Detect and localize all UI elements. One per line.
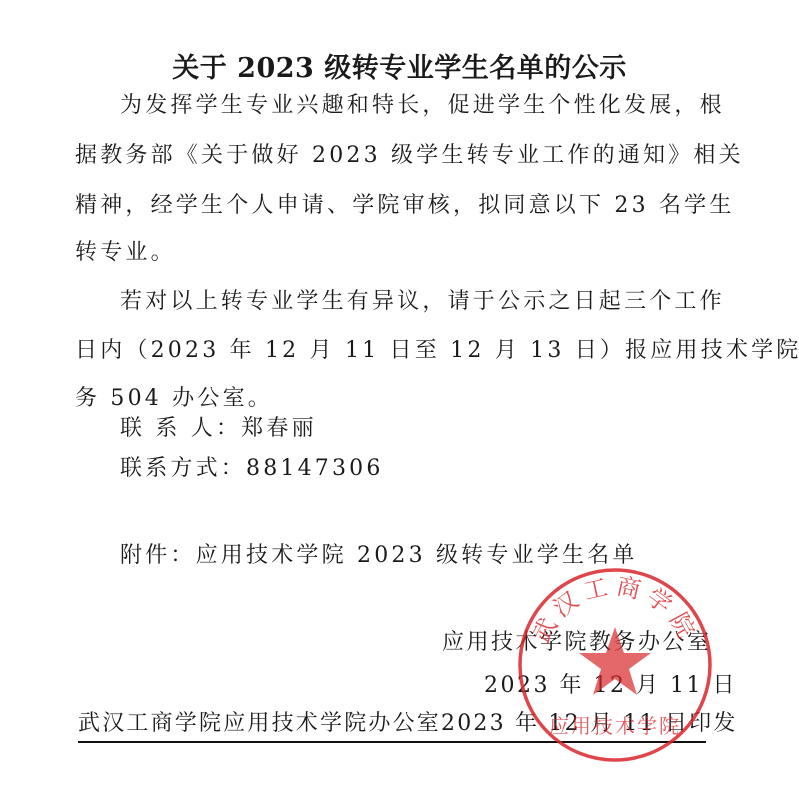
body-line: 为发挥学生专业兴趣和特长，促进学生个性化发展，根 [120, 88, 725, 119]
attachment-line: 附件：应用技术学院 2023 级转专业学生名单 [120, 538, 638, 569]
footer-issued-date: 2023 年 12 月 11 日印发 [441, 706, 738, 737]
body-line: 务 504 办公室。 [75, 381, 273, 412]
document-title: 关于 2023 级转专业学生名单的公示 [0, 46, 799, 85]
body-line: 转专业。 [75, 235, 176, 266]
signature-office: 应用技术学院教务办公室 [442, 625, 712, 656]
signature-date: 2023 年 12 月 11 日 [484, 668, 737, 699]
body-line: 据教务部《关于做好 2023 级学生转专业工作的通知》相关 [75, 138, 744, 169]
issuance-footer: 武汉工商学院应用技术学院办公室 2023 年 12 月 11 日印发 [78, 706, 706, 743]
body-line: 精神，经学生个人申请、学院审核，拟同意以下 23 名学生 [75, 188, 735, 219]
contact-person: 联 系 人：郑春丽 [120, 411, 317, 442]
footer-issuer: 武汉工商学院应用技术学院办公室 [78, 706, 441, 737]
contact-phone: 联系方式：88147306 [120, 451, 384, 482]
body-line: 日内（2023 年 12 月 11 日至 12 月 13 日）报应用技术学院教 [75, 333, 799, 364]
body-line: 若对以上转专业学生有异议，请于公示之日起三个工作 [120, 284, 725, 315]
